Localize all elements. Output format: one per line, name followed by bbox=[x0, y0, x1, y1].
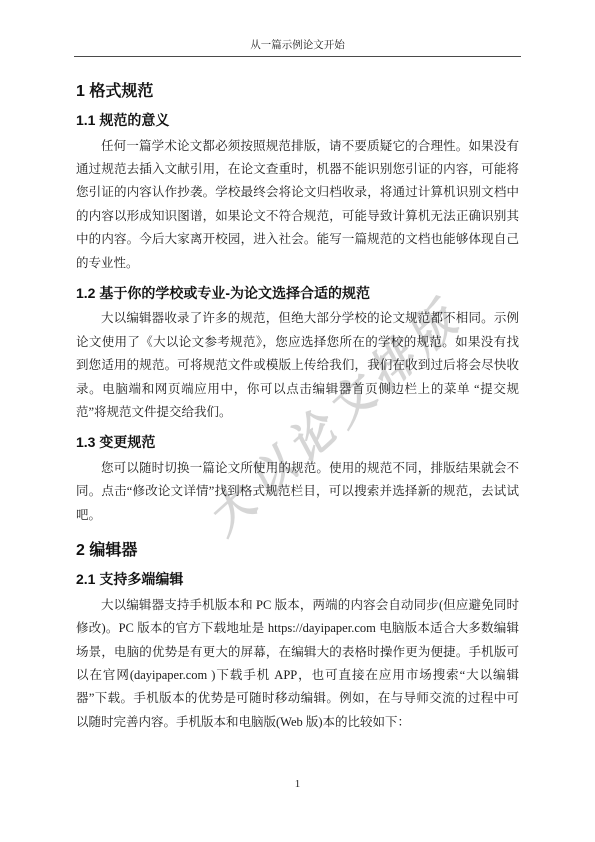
section-heading-1: 1 格式规范 bbox=[76, 82, 519, 102]
subsection-heading-2-1: 2.1 支持多端编辑 bbox=[76, 571, 519, 589]
running-header-title: 从一篇示例论文开始 bbox=[250, 40, 345, 51]
paragraph-1-1: 任何一篇学术论文都必须按照规范排版，请不要质疑它的合理性。如果没有通过规范去插入… bbox=[76, 135, 519, 275]
paragraph-1-3: 您可以随时切换一篇论文所使用的规范。使用的规范不同，排版结果就会不同。点击“修改… bbox=[76, 457, 519, 527]
subsection-heading-1-1: 1.1 规范的意义 bbox=[76, 112, 519, 130]
subsection-heading-1-2: 1.2 基于你的学校或专业-为论文选择合适的规范 bbox=[76, 285, 519, 303]
page-footer: 1 bbox=[0, 778, 595, 790]
paragraph-2-1: 大以编辑器支持手机版本和 PC 版本，两端的内容会自动同步(但应避免同时修改)。… bbox=[76, 594, 519, 734]
document-content: 1 格式规范 1.1 规范的意义 任何一篇学术论文都必须按照规范排版，请不要质疑… bbox=[76, 58, 519, 734]
running-header: 从一篇示例论文开始 bbox=[74, 39, 521, 57]
paragraph-1-2: 大以编辑器收录了许多的规范，但绝大部分学校的论文规范都不相同。示例论文使用了《大… bbox=[76, 307, 519, 424]
section-heading-2: 2 编辑器 bbox=[76, 541, 519, 561]
subsection-heading-1-3: 1.3 变更规范 bbox=[76, 434, 519, 452]
document-page: 大以论文排版 从一篇示例论文开始 1 格式规范 1.1 规范的意义 任何一篇学术… bbox=[0, 0, 595, 842]
page-number: 1 bbox=[295, 778, 301, 790]
